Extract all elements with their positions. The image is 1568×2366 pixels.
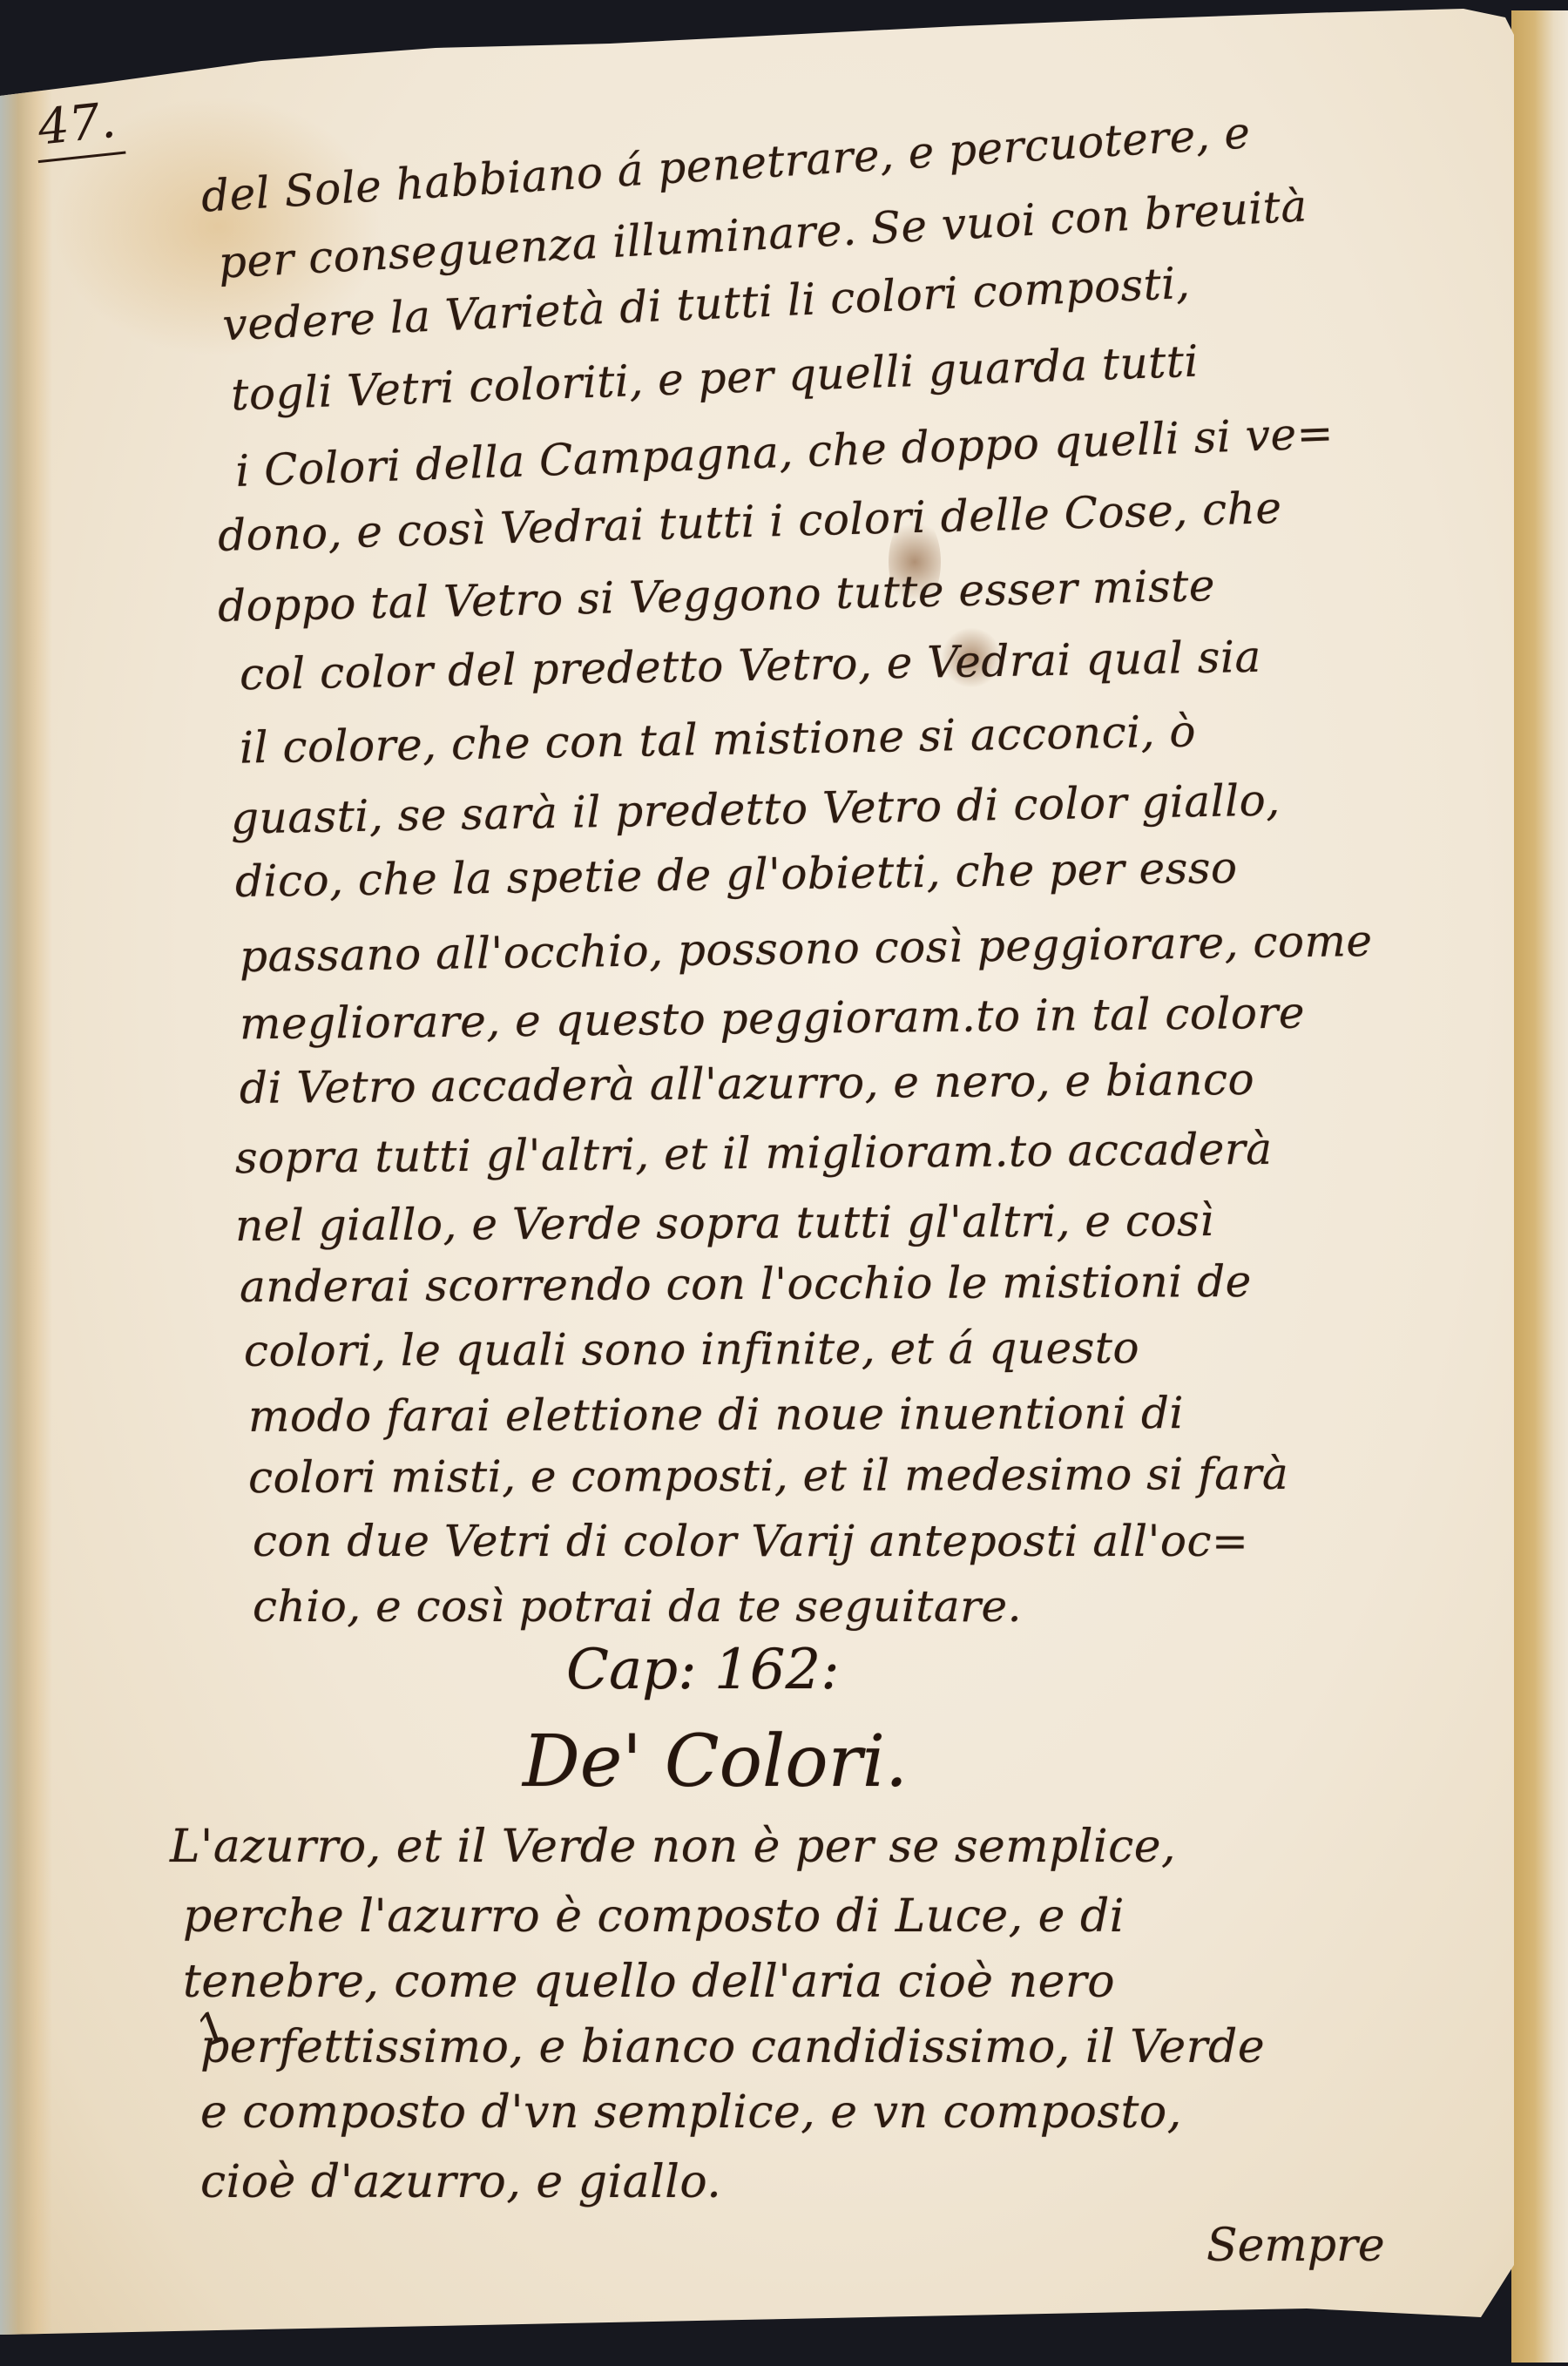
chapter-title: De' Colori.: [523, 1720, 908, 1803]
body-line: megliorare, e questo peggioram.to in tal…: [240, 988, 1306, 1050]
body-line: con due Vetri di color Varij anteposti a…: [253, 1516, 1248, 1566]
chapter-line: cioè d'azurro, e giallo.: [200, 2156, 721, 2208]
chapter-line: e composto d'vn semplice, e vn composto,: [200, 2086, 1182, 2139]
body-line: sopra tutti gl'altri, et il miglioram.to…: [235, 1124, 1273, 1183]
chapter-number: Cap: 162:: [566, 1638, 840, 1702]
body-line: passano all'occhio, possono così peggior…: [240, 916, 1373, 982]
chapter-line: perche l'azurro è composto di Luce, e di: [183, 1890, 1125, 1943]
body-line: anderai scorrendo con l'occhio le mistio…: [240, 1256, 1252, 1312]
manuscript-text: del Sole habbiano á penetrare, e percuot…: [0, 0, 1514, 2366]
body-line: di Vetro accaderà all'azurro, e nero, e …: [240, 1054, 1255, 1113]
chapter-line: tenebre, come quello dell'aria cioè nero: [183, 1956, 1115, 2008]
body-line: guasti, se sarà il predetto Vetro di col…: [231, 774, 1281, 843]
body-line: colori, le quali sono infinite, et á que…: [244, 1322, 1139, 1376]
chapter-line: perfettissimo, e bianco candidissimo, il…: [200, 2021, 1265, 2073]
body-line: col color del predetto Vetro, e Vedrai q…: [240, 632, 1262, 700]
scanned-manuscript-scene: 47. del Sole habbiano á penetrare, e per…: [0, 0, 1568, 2366]
body-line: dico, che la spetie de gl'obietti, che p…: [235, 842, 1238, 907]
stacked-page-edges: [1511, 10, 1568, 2363]
body-line: dono, e così Vedrai tutti i colori delle…: [217, 483, 1282, 561]
body-line: colori misti, e composti, et il medesimo…: [248, 1449, 1288, 1503]
catchword: Sempre: [1206, 2220, 1385, 2272]
body-line: doppo tal Vetro si Veggono tutte esser m…: [218, 560, 1216, 632]
body-line: chio, e così potrai da te seguitare.: [253, 1581, 1022, 1632]
chapter-line: L'azurro, et il Verde non è per se sempl…: [170, 1821, 1176, 1873]
body-line: nel giallo, e Verde sopra tutti gl'altri…: [235, 1195, 1214, 1251]
body-line: i Colori della Campagna, che doppo quell…: [234, 408, 1335, 497]
body-line: modo farai elettione di noue inuentioni …: [248, 1388, 1184, 1442]
body-line: togli Vetri coloriti, e per quelli guard…: [230, 336, 1200, 421]
body-line: il colore, che con tal mistione si accon…: [240, 706, 1197, 773]
